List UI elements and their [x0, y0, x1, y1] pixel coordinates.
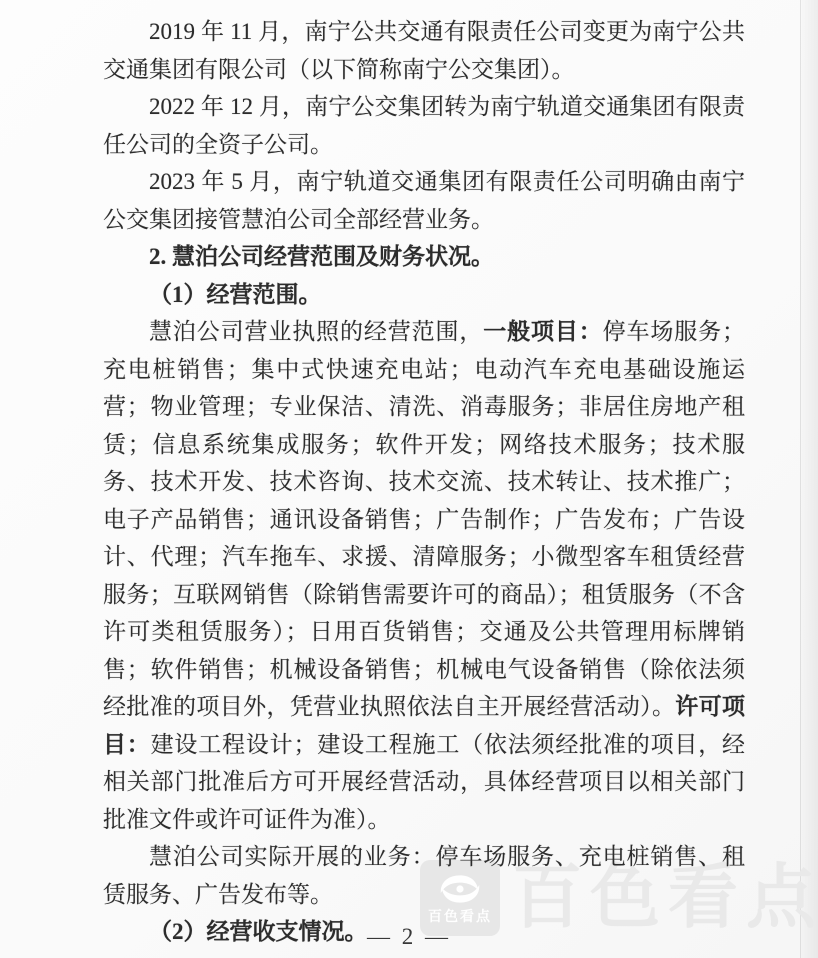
- general-items-label: 一般项目：: [483, 319, 602, 344]
- paragraph-business-scope: 慧泊公司营业执照的经营范围，一般项目：停车场服务；充电桩销售；集中式快速充电站；…: [103, 313, 745, 838]
- paragraph-2023-takeover: 2023 年 5 月，南宁轨道交通集团有限责任公司明确由南宁公交集团接管慧泊公司…: [103, 163, 745, 238]
- paragraph-actual-business: 慧泊公司实际开展的业务：停车场服务、充电桩销售、租赁服务、广告发布等。: [103, 838, 745, 913]
- general-items-text: 停车场服务；充电桩销售；集中式快速充电站；电动汽车充电基础设施运营；物业管理；专…: [103, 319, 745, 719]
- paragraph-2019-change: 2019 年 11 月，南宁公共交通有限责任公司变更为南宁公共交通集团有限公司（…: [103, 13, 745, 88]
- page-number: — 2 —: [0, 924, 818, 950]
- document-page: 2019 年 11 月，南宁公共交通有限责任公司变更为南宁公共交通集团有限公司（…: [0, 0, 818, 958]
- paragraph-2022-transfer: 2022 年 12 月，南宁公交集团转为南宁轨道交通集团有限责任公司的全资子公司…: [103, 88, 745, 163]
- licensed-items-text: 建设工程设计；建设工程施工（依法须经批准的项目，经相关部门批准后方可开展经营活动…: [103, 732, 745, 832]
- scan-edge-shading: [800, 0, 818, 958]
- heading-business-scope: （1）经营范围。: [103, 276, 745, 314]
- scope-lead-text: 慧泊公司营业执照的经营范围，: [149, 319, 483, 344]
- heading-scope-and-finance: 2. 慧泊公司经营范围及财务状况。: [103, 238, 745, 276]
- document-text-block: 2019 年 11 月，南宁公共交通有限责任公司变更为南宁公共交通集团有限公司（…: [103, 13, 745, 951]
